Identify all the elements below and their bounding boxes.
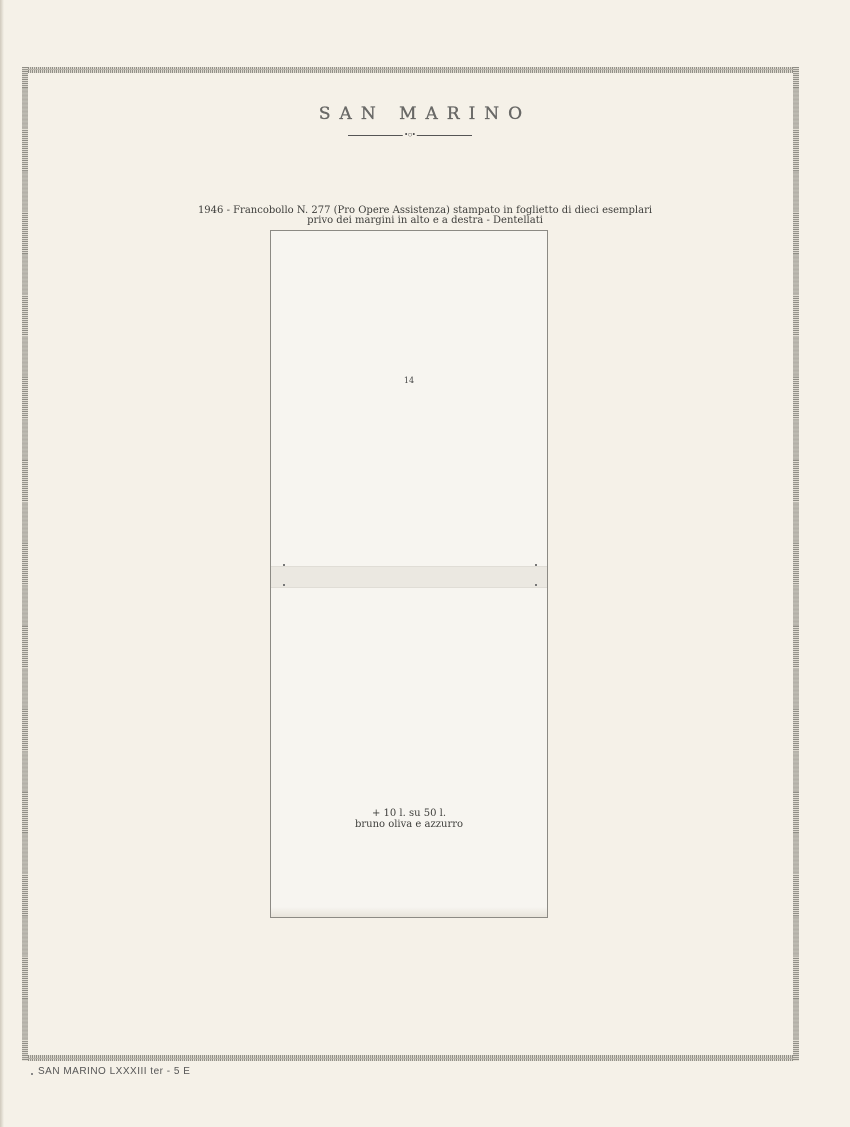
- stamp-value-label: + 10 l. su 50 l. bruno oliva e azzurro: [271, 808, 547, 830]
- stamp-caption: 1946 - Francobollo N. 277 (Pro Opere Ass…: [0, 206, 850, 226]
- corner-mark: [535, 564, 537, 566]
- ornament-flourish-icon: •○•: [403, 129, 417, 141]
- stamp-mount-area[interactable]: 14 + 10 l. su 50 l. bruno oliva e azzurr…: [270, 230, 548, 918]
- corner-mark: [283, 564, 285, 566]
- stamp-denomination: + 10 l. su 50 l.: [271, 808, 547, 819]
- page-title: SAN MARINO: [0, 104, 850, 124]
- page-footer-reference: SAN MARINO LXXXIII ter - 5 E: [38, 1066, 190, 1077]
- page-edge-shadow: [0, 0, 4, 1127]
- footer-mark: [31, 1073, 33, 1075]
- corner-mark: [535, 584, 537, 586]
- caption-line-2: privo dei margini in alto e a destra - D…: [0, 216, 850, 226]
- sheet-bottom-edge: [271, 907, 547, 917]
- corner-mark: [283, 584, 285, 586]
- stamp-number: 14: [271, 376, 547, 385]
- stamp-color-description: bruno oliva e azzurro: [271, 819, 547, 830]
- sheet-gutter: [271, 566, 547, 588]
- title-ornament: •○•: [348, 133, 472, 139]
